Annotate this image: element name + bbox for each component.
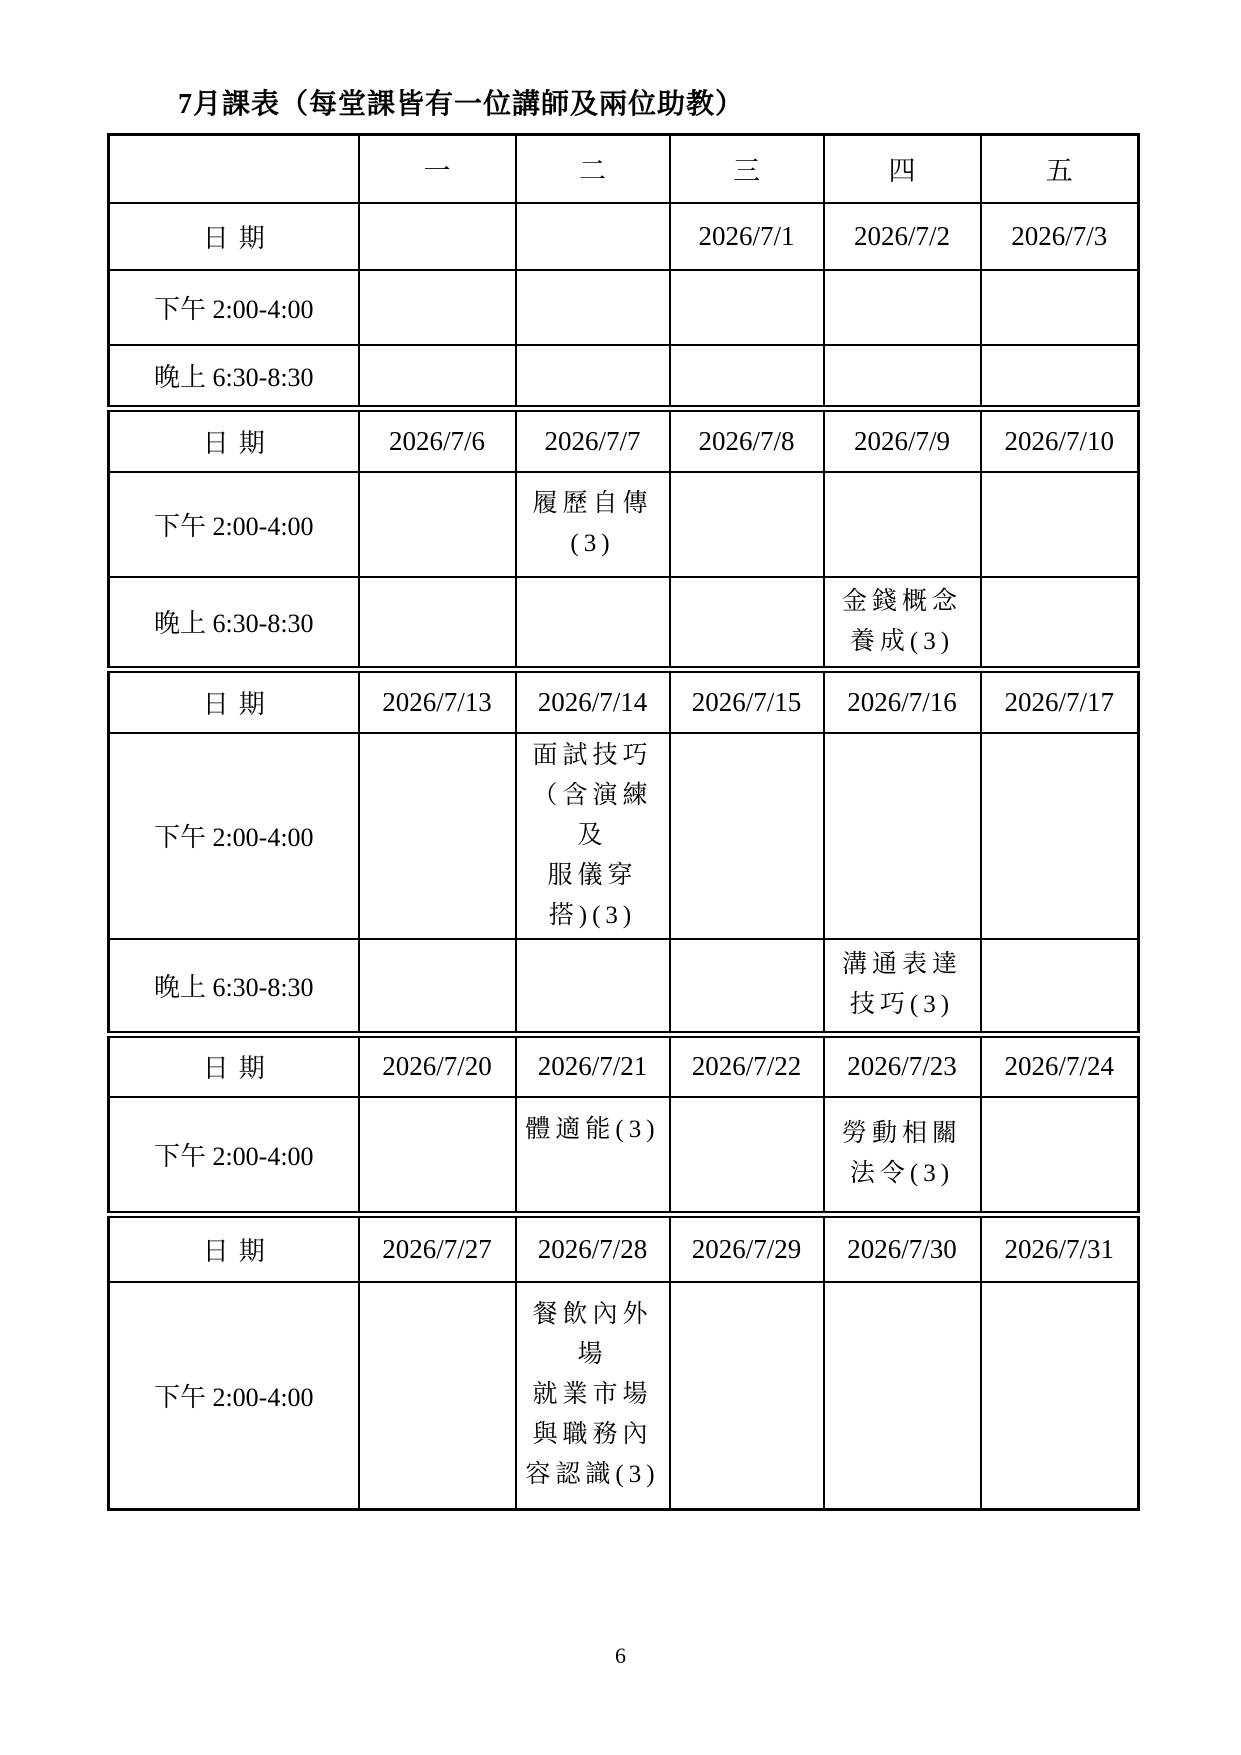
afternoon-row-label: 下午 2:00-4:00 (109, 1097, 359, 1215)
week1-evening-row: 晚上 6:30-8:30 (109, 345, 1139, 409)
course-cell (981, 270, 1139, 345)
date-cell: 2026/7/6 (359, 409, 516, 472)
course-cell (670, 472, 824, 577)
course-cell (981, 939, 1139, 1035)
page-number: 6 (0, 1643, 1241, 1669)
day-header-tue: 二 (516, 135, 670, 203)
date-cell: 2026/7/29 (670, 1215, 824, 1282)
course-cell (670, 577, 824, 670)
date-cell: 2026/7/10 (981, 409, 1139, 472)
corner-cell (109, 135, 359, 203)
date-cell (359, 203, 516, 270)
week4-date-row: 日期 2026/7/20 2026/7/21 2026/7/22 2026/7/… (109, 1035, 1139, 1097)
course-cell: 面試技巧 （含演練及 服儀穿 搭)(3) (516, 733, 670, 939)
course-cell (516, 270, 670, 345)
course-cell: 餐飲內外 場 就業市場 與職務內 容認識(3) (516, 1282, 670, 1510)
day-header-thu: 四 (824, 135, 981, 203)
course-cell (359, 270, 516, 345)
course-cell (981, 577, 1139, 670)
evening-row-label: 晚上 6:30-8:30 (109, 345, 359, 409)
date-cell: 2026/7/3 (981, 203, 1139, 270)
date-cell: 2026/7/7 (516, 409, 670, 472)
course-cell (981, 345, 1139, 409)
date-cell: 2026/7/30 (824, 1215, 981, 1282)
date-row-label: 日期 (109, 1215, 359, 1282)
course-cell (824, 345, 981, 409)
course-cell (824, 1282, 981, 1510)
date-row-label: 日期 (109, 409, 359, 472)
course-cell (516, 345, 670, 409)
week2-date-row: 日期 2026/7/6 2026/7/7 2026/7/8 2026/7/9 2… (109, 409, 1139, 472)
week4-afternoon-row: 下午 2:00-4:00 體適能(3) 勞動相關 法令(3) (109, 1097, 1139, 1215)
course-cell (981, 733, 1139, 939)
date-cell: 2026/7/9 (824, 409, 981, 472)
page-title: 7月課表（每堂課皆有一位講師及兩位助教） (178, 82, 744, 122)
date-cell: 2026/7/21 (516, 1035, 670, 1097)
week5-afternoon-row: 下午 2:00-4:00 餐飲內外 場 就業市場 與職務內 容認識(3) (109, 1282, 1139, 1510)
course-cell (516, 939, 670, 1035)
date-row-label: 日期 (109, 203, 359, 270)
document-page: 7月課表（每堂課皆有一位講師及兩位助教） 一 二 三 四 五 日期 2026/7… (0, 0, 1241, 1755)
course-cell (824, 733, 981, 939)
date-cell: 2026/7/24 (981, 1035, 1139, 1097)
course-cell (359, 1282, 516, 1510)
date-row-label: 日期 (109, 670, 359, 733)
date-cell: 2026/7/22 (670, 1035, 824, 1097)
date-cell: 2026/7/17 (981, 670, 1139, 733)
course-cell (981, 1097, 1139, 1215)
week3-afternoon-row: 下午 2:00-4:00 面試技巧 （含演練及 服儀穿 搭)(3) (109, 733, 1139, 939)
course-cell: 金錢概念 養成(3) (824, 577, 981, 670)
afternoon-row-label: 下午 2:00-4:00 (109, 1282, 359, 1510)
date-row-label: 日期 (109, 1035, 359, 1097)
week1-afternoon-row: 下午 2:00-4:00 (109, 270, 1139, 345)
course-cell (824, 270, 981, 345)
course-cell (359, 345, 516, 409)
date-cell (516, 203, 670, 270)
week5-date-row: 日期 2026/7/27 2026/7/28 2026/7/29 2026/7/… (109, 1215, 1139, 1282)
date-cell: 2026/7/31 (981, 1215, 1139, 1282)
course-cell (359, 472, 516, 577)
course-cell: 溝通表達 技巧(3) (824, 939, 981, 1035)
course-cell (981, 1282, 1139, 1510)
date-cell: 2026/7/13 (359, 670, 516, 733)
course-cell (981, 472, 1139, 577)
course-cell: 履歷自傳 (3) (516, 472, 670, 577)
day-header-mon: 一 (359, 135, 516, 203)
date-cell: 2026/7/28 (516, 1215, 670, 1282)
date-cell: 2026/7/14 (516, 670, 670, 733)
day-header-wed: 三 (670, 135, 824, 203)
week1-date-row: 日期 2026/7/1 2026/7/2 2026/7/3 (109, 203, 1139, 270)
week2-evening-row: 晚上 6:30-8:30 金錢概念 養成(3) (109, 577, 1139, 670)
course-cell: 勞動相關 法令(3) (824, 1097, 981, 1215)
course-cell (670, 1282, 824, 1510)
course-cell (670, 1097, 824, 1215)
course-cell (670, 270, 824, 345)
evening-row-label: 晚上 6:30-8:30 (109, 939, 359, 1035)
schedule-table: 一 二 三 四 五 日期 2026/7/1 2026/7/2 2026/7/3 … (107, 133, 1140, 1511)
date-cell: 2026/7/23 (824, 1035, 981, 1097)
evening-row-label: 晚上 6:30-8:30 (109, 577, 359, 670)
course-cell (359, 733, 516, 939)
date-cell: 2026/7/15 (670, 670, 824, 733)
date-cell: 2026/7/20 (359, 1035, 516, 1097)
course-cell (670, 939, 824, 1035)
date-cell: 2026/7/1 (670, 203, 824, 270)
afternoon-row-label: 下午 2:00-4:00 (109, 472, 359, 577)
course-cell (824, 472, 981, 577)
course-cell (359, 939, 516, 1035)
day-header-row: 一 二 三 四 五 (109, 135, 1139, 203)
course-cell: 體適能(3) (516, 1097, 670, 1215)
afternoon-row-label: 下午 2:00-4:00 (109, 270, 359, 345)
week2-afternoon-row: 下午 2:00-4:00 履歷自傳 (3) (109, 472, 1139, 577)
course-cell (670, 345, 824, 409)
date-cell: 2026/7/16 (824, 670, 981, 733)
date-cell: 2026/7/2 (824, 203, 981, 270)
course-cell (359, 1097, 516, 1215)
course-cell (359, 577, 516, 670)
afternoon-row-label: 下午 2:00-4:00 (109, 733, 359, 939)
course-cell (670, 733, 824, 939)
course-cell (516, 577, 670, 670)
day-header-fri: 五 (981, 135, 1139, 203)
date-cell: 2026/7/8 (670, 409, 824, 472)
week3-date-row: 日期 2026/7/13 2026/7/14 2026/7/15 2026/7/… (109, 670, 1139, 733)
date-cell: 2026/7/27 (359, 1215, 516, 1282)
week3-evening-row: 晚上 6:30-8:30 溝通表達 技巧(3) (109, 939, 1139, 1035)
